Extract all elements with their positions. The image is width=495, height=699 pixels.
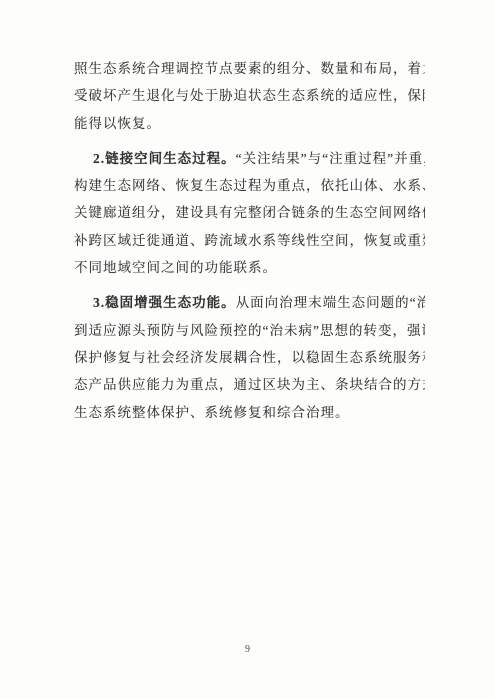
text-line: 能得以恢复。 — [74, 110, 425, 137]
text-line: 保护修复与社会经济发展耦合性，以稳固生态系统服务和提高生 — [74, 344, 425, 371]
body-text: 受破坏产生退化与处于胁迫状态生态系统的适应性，保障生态功 — [74, 88, 425, 103]
body-text: 态产品供应能力为重点，通过区块为主、条块结合的方式，推进 — [74, 377, 425, 392]
paragraph-heading-text: 2.链接空间生态过程。 — [93, 151, 236, 166]
body-text: 关键廊道组分，建设具有完整闭合链条的生态空间网络体系，缝 — [74, 205, 425, 220]
body-text: 到适应源头预防与风险预控的“治未病”思想的转变，强调生态 — [74, 323, 425, 338]
text-line: 补跨区域迁徙通道、跨流域水系等线性空间，恢复或重建物种在 — [74, 227, 425, 254]
body-text: 生态系统整体保护、系统修复和综合治理。 — [74, 405, 350, 420]
text-line: 受破坏产生退化与处于胁迫状态生态系统的适应性，保障生态功 — [74, 82, 425, 109]
document-page: 照生态系统合理调控节点要素的组分、数量和布局，着力提升遭受破坏产生退化与处于胁迫… — [0, 0, 495, 699]
page-number: 9 — [0, 644, 495, 655]
paragraph: 照生态系统合理调控节点要素的组分、数量和布局，着力提升遭受破坏产生退化与处于胁迫… — [74, 55, 425, 137]
body-text: 从面向治理末端生态问题的“治疾病” — [236, 295, 425, 310]
body-text: 补跨区域迁徙通道、跨流域水系等线性空间，恢复或重建物种在 — [74, 233, 425, 248]
body-text: 能得以恢复。 — [74, 116, 161, 131]
paragraph-heading-text: 3.稳固增强生态功能。 — [93, 295, 236, 310]
body-text: 照生态系统合理调控节点要素的组分、数量和布局，着力提升遭 — [74, 61, 425, 76]
paragraph: 2.链接空间生态过程。“关注结果”与“注重过程”并重，以构建生态网络、恢复生态过… — [74, 145, 425, 281]
body-text: 构建生态网络、恢复生态过程为重点，依托山体、水系、林网等 — [74, 178, 425, 193]
body-text: 不同地域空间之间的功能联系。 — [74, 260, 277, 275]
body-text: 保护修复与社会经济发展耦合性，以稳固生态系统服务和提高生 — [74, 350, 425, 365]
body-text: “关注结果”与“注重过程”并重，以 — [236, 151, 425, 166]
text-line: 态产品供应能力为重点，通过区块为主、条块结合的方式，推进 — [74, 371, 425, 398]
text-line: 构建生态网络、恢复生态过程为重点，依托山体、水系、林网等 — [74, 172, 425, 199]
text-line: 照生态系统合理调控节点要素的组分、数量和布局，着力提升遭 — [74, 55, 425, 82]
text-line: 2.链接空间生态过程。“关注结果”与“注重过程”并重，以 — [74, 145, 425, 172]
text-line: 不同地域空间之间的功能联系。 — [74, 254, 425, 281]
text-line: 到适应源头预防与风险预控的“治未病”思想的转变，强调生态 — [74, 317, 425, 344]
text-line: 3.稳固增强生态功能。从面向治理末端生态问题的“治疾病” — [74, 289, 425, 316]
paragraph: 3.稳固增强生态功能。从面向治理末端生态问题的“治疾病”到适应源头预防与风险预控… — [74, 289, 425, 425]
text-line: 关键廊道组分，建设具有完整闭合链条的生态空间网络体系，缝 — [74, 199, 425, 226]
text-line: 生态系统整体保护、系统修复和综合治理。 — [74, 399, 425, 426]
page-body: 照生态系统合理调控节点要素的组分、数量和布局，着力提升遭受破坏产生退化与处于胁迫… — [74, 55, 425, 426]
